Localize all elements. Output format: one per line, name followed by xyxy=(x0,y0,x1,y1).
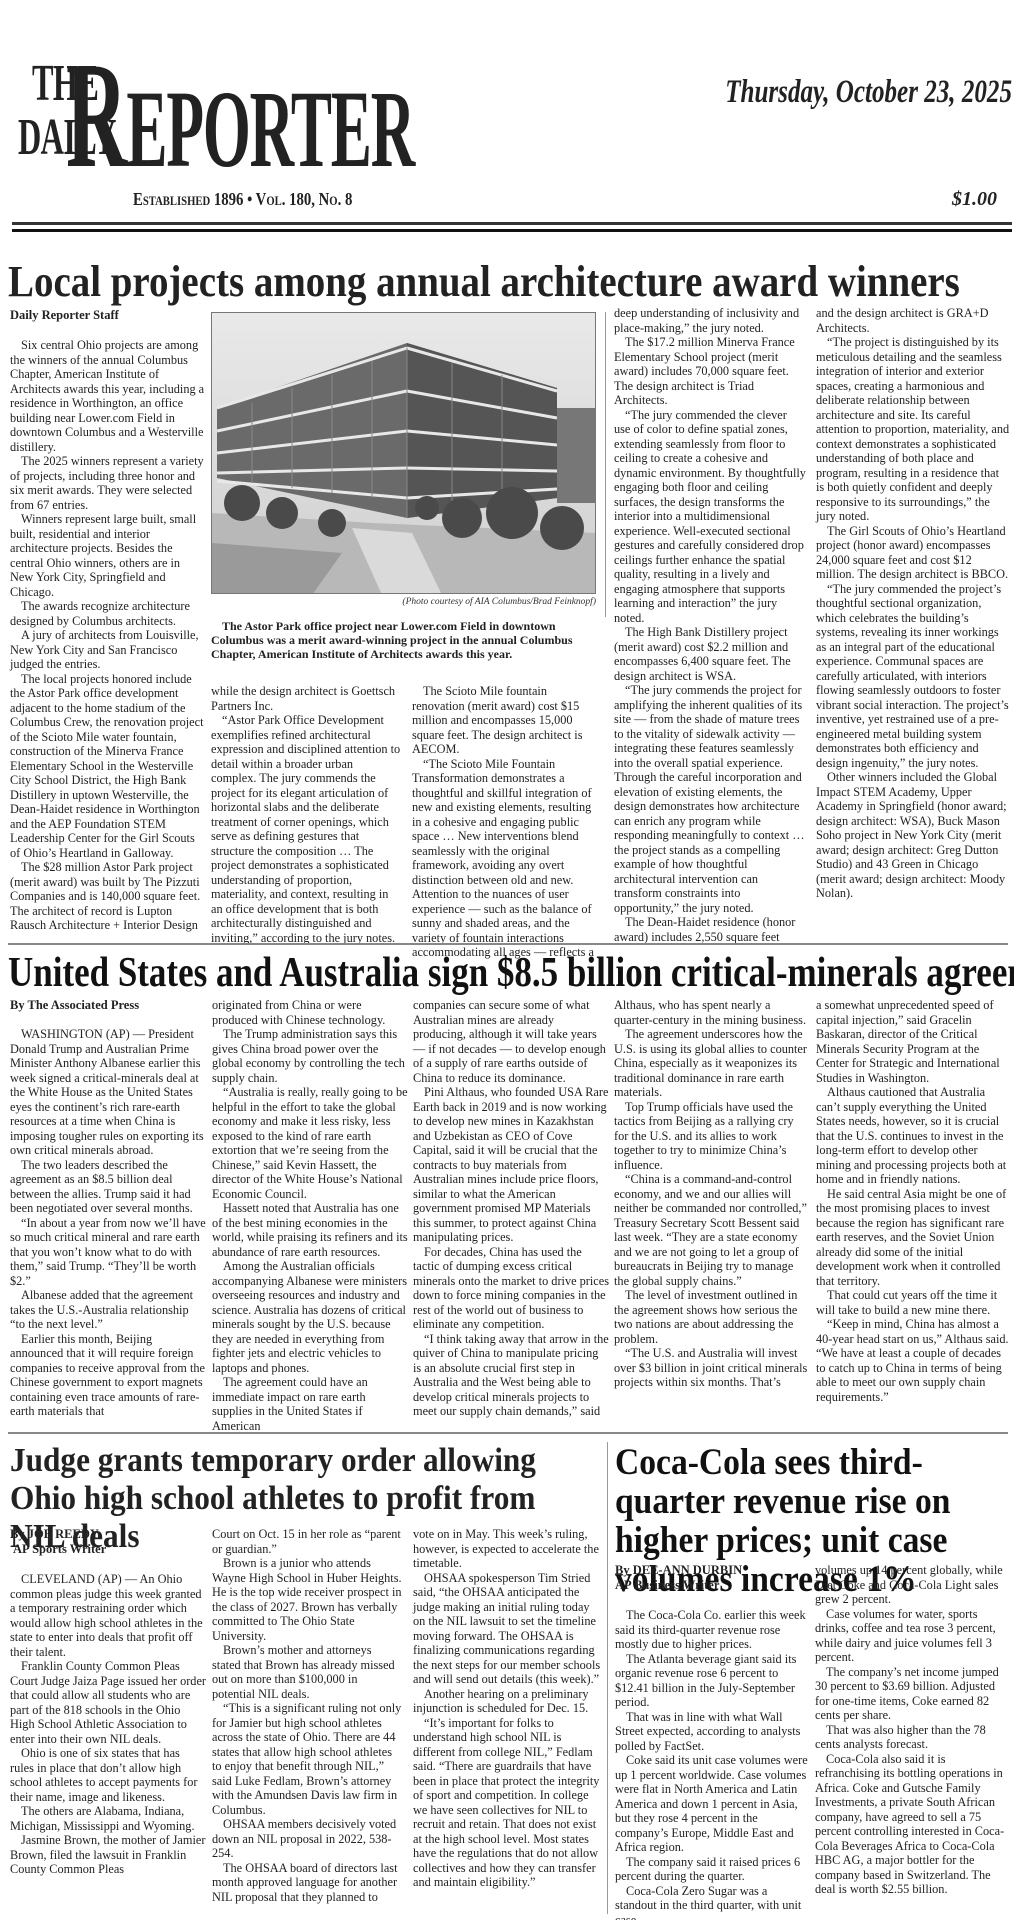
paragraph: Brown is a junior who attends Wayne High… xyxy=(212,1556,402,1643)
paragraph: The agreement underscores how the U.S. i… xyxy=(614,1027,808,1100)
article4-byline-title: AP Business Writer xyxy=(615,1578,809,1593)
paragraph: Brown’s mother and attorneys stated that… xyxy=(212,1643,402,1701)
article2-column-3: companies can secure some of what Austra… xyxy=(413,998,609,1419)
masthead: THE DAILY REPORTER Thursday, October 23,… xyxy=(0,0,1014,235)
paragraph: “Astor Park Office Development exemplifi… xyxy=(211,713,401,945)
section-divider xyxy=(8,943,1008,945)
paragraph: The local projects honored include the A… xyxy=(10,672,206,861)
paragraph: The $28 million Astor Park project (meri… xyxy=(10,860,206,933)
paragraph: a somewhat unprecedented speed of capita… xyxy=(816,998,1012,1085)
paragraph: “Australia is really, really going to be… xyxy=(212,1085,408,1201)
article1-column-3: The Scioto Mile fountain renovation (mer… xyxy=(412,684,602,960)
established-volume: Established 1896 • Vol. 180, No. 8 xyxy=(133,189,352,210)
paragraph: CLEVELAND (AP) — An Ohio common pleas ju… xyxy=(10,1572,206,1659)
article1-column-5: and the design architect is GRA+D Archit… xyxy=(816,306,1010,901)
paragraph: Pini Althaus, who founded USA Rare Earth… xyxy=(413,1085,609,1245)
paragraph: WASHINGTON (AP) — President Donald Trump… xyxy=(10,1027,206,1158)
paragraph: and the design architect is GRA+D Archit… xyxy=(816,306,1010,335)
paragraph: OHSAA members decisively voted down an N… xyxy=(212,1817,402,1861)
paragraph: The High Bank Distillery project (merit … xyxy=(614,625,806,683)
logo-r: R xyxy=(66,31,126,199)
paragraph: “Keep in mind, China has almost a 40-yea… xyxy=(816,1317,1012,1404)
paragraph: The level of investment outlined in the … xyxy=(614,1288,808,1346)
paragraph: The two leaders described the agreement … xyxy=(10,1158,206,1216)
article1-column-2: while the design architect is Goettsch P… xyxy=(211,684,401,945)
article2-column-5: a somewhat unprecedented speed of capita… xyxy=(816,998,1012,1404)
paragraph: Althaus, who has spent nearly a quarter-… xyxy=(614,998,808,1027)
paragraph: “The Scioto Mile Fountain Transformation… xyxy=(412,757,602,960)
paragraph: Ohio is one of six states that has rules… xyxy=(10,1746,206,1804)
paragraph: Jasmine Brown, the mother of Jamier Brow… xyxy=(10,1833,206,1877)
article3-column-1: By JOE REEDY AP Sports Writer CLEVELAND … xyxy=(10,1527,206,1877)
paragraph: Coca-Cola also said it is refranchising … xyxy=(815,1752,1011,1897)
logo-rest: EPORTER xyxy=(126,68,414,190)
paragraph: “I think taking away that arrow in the q… xyxy=(413,1332,609,1419)
paragraph: He said central Asia might be one of the… xyxy=(816,1187,1012,1289)
article3-column-3: vote on in May. This week’s ruling, howe… xyxy=(413,1527,603,1890)
paragraph: “The U.S. and Australia will invest over… xyxy=(614,1346,808,1390)
article1-headline: Local projects among annual architecture… xyxy=(8,258,960,306)
article4-byline-name: By DEE-ANN DURBIN xyxy=(615,1563,809,1578)
paragraph: “It’s important for folks to understand … xyxy=(413,1716,603,1890)
paragraph: companies can secure some of what Austra… xyxy=(413,998,609,1085)
caption-text: The Astor Park office project near Lower… xyxy=(211,619,601,661)
article1-column-1: Daily Reporter Staff Six central Ohio pr… xyxy=(10,308,206,933)
article2-column-4: Althaus, who has spent nearly a quarter-… xyxy=(614,998,808,1390)
paragraph: Coca-Cola Zero Sugar was a standout in t… xyxy=(615,1884,809,1920)
paragraph: Hassett noted that Australia has one of … xyxy=(212,1201,408,1259)
building-photo-icon xyxy=(212,313,596,594)
paragraph: Another hearing on a preliminary injunct… xyxy=(413,1687,603,1716)
paragraph: “The jury commends the project for ampli… xyxy=(614,683,806,915)
column-divider xyxy=(607,1442,608,1914)
paragraph: The $17.2 million Minerva France Element… xyxy=(614,335,806,408)
logo-reporter: REPORTER xyxy=(66,50,414,194)
paragraph: Franklin County Common Pleas Court Judge… xyxy=(10,1659,206,1746)
paragraph: For decades, China has used the tactic o… xyxy=(413,1245,609,1332)
section-divider xyxy=(8,1432,1008,1434)
article3-column-2: Court on Oct. 15 in her role as “parent … xyxy=(212,1527,402,1904)
newspaper-logo: THE DAILY REPORTER xyxy=(18,56,478,176)
paragraph: while the design architect is Goettsch P… xyxy=(211,684,401,713)
paragraph: “China is a command-and-control economy,… xyxy=(614,1172,808,1288)
paragraph: Court on Oct. 15 in her role as “parent … xyxy=(212,1527,402,1556)
paragraph: Althaus cautioned that Australia can’t s… xyxy=(816,1085,1012,1187)
photo-caption: The Astor Park office project near Lower… xyxy=(211,619,601,661)
article2-headline: United States and Australia sign $8.5 bi… xyxy=(8,950,1014,996)
paragraph: “This is a significant ruling not only f… xyxy=(212,1701,402,1817)
article3-byline-name: By JOE REEDY xyxy=(10,1527,206,1542)
paragraph: That was also higher than the 78 cents a… xyxy=(815,1723,1011,1752)
paragraph: Albanese added that the agreement takes … xyxy=(10,1288,206,1332)
column-divider xyxy=(605,312,606,617)
paragraph: volumes up 14 percent globally, while Di… xyxy=(815,1563,1011,1607)
paragraph: Among the Australian officials accompany… xyxy=(212,1259,408,1375)
article2-column-2: originated from China or were produced w… xyxy=(212,998,408,1433)
paragraph: The Scioto Mile fountain renovation (mer… xyxy=(412,684,602,757)
paragraph: The Atlanta beverage giant said its orga… xyxy=(615,1652,809,1710)
paragraph: The OHSAA board of directors last month … xyxy=(212,1861,402,1905)
paragraph: “In about a year from now we’ll have so … xyxy=(10,1216,206,1289)
paragraph: The awards recognize architecture design… xyxy=(10,599,206,628)
paragraph: Earlier this month, Beijing announced th… xyxy=(10,1332,206,1419)
paragraph: The Trump administration says this gives… xyxy=(212,1027,408,1085)
article2-column-1: By The Associated Press WASHINGTON (AP) … xyxy=(10,998,206,1419)
paragraph: Top Trump officials have used the tactic… xyxy=(614,1100,808,1173)
paragraph: originated from China or were produced w… xyxy=(212,998,408,1027)
paragraph: OHSAA spokesperson Tim Stried said, “the… xyxy=(413,1571,603,1687)
paragraph: “The jury commended the project’s though… xyxy=(816,582,1010,771)
paragraph: The 2025 winners represent a variety of … xyxy=(10,454,206,512)
paragraph: “The jury commended the clever use of co… xyxy=(614,408,806,626)
article2-byline: By The Associated Press xyxy=(10,998,206,1013)
paragraph: Case volumes for water, sports drinks, c… xyxy=(815,1607,1011,1665)
article3-byline-title: AP Sports Writer xyxy=(10,1542,206,1557)
paragraph: That could cut years off the time it wil… xyxy=(816,1288,1012,1317)
article1-byline: Daily Reporter Staff xyxy=(10,308,206,323)
article1-photo xyxy=(211,312,596,594)
paragraph: Six central Ohio projects are among the … xyxy=(10,338,206,454)
paragraph: “The project is distinguished by its met… xyxy=(816,335,1010,524)
article1-column-4: deep understanding of inclusivity and pl… xyxy=(614,306,806,944)
issue-price: $1.00 xyxy=(952,188,997,211)
paragraph: The Dean-Haidet residence (honor award) … xyxy=(614,915,806,944)
paragraph: deep understanding of inclusivity and pl… xyxy=(614,306,806,335)
paragraph: That was in line with what Wall Street e… xyxy=(615,1710,809,1754)
issue-date: Thursday, October 23, 2025 xyxy=(586,74,1012,111)
paragraph: Coke said its unit case volumes were up … xyxy=(615,1753,809,1855)
paragraph: The agreement could have an immediate im… xyxy=(212,1375,408,1433)
paragraph: A jury of architects from Louisville, Ne… xyxy=(10,628,206,672)
paragraph: The others are Alabama, Indiana, Michiga… xyxy=(10,1804,206,1833)
paragraph: The Girl Scouts of Ohio’s Heartland proj… xyxy=(816,524,1010,582)
masthead-rule xyxy=(12,222,1012,232)
paragraph: vote on in May. This week’s ruling, howe… xyxy=(413,1527,603,1571)
paragraph: The company said it raised prices 6 perc… xyxy=(615,1855,809,1884)
paragraph: The company’s net income jumped 30 perce… xyxy=(815,1665,1011,1723)
article4-column-1: By DEE-ANN DURBIN AP Business Writer The… xyxy=(615,1563,809,1920)
paragraph: Winners represent large built, small bui… xyxy=(10,512,206,599)
article4-column-2: volumes up 14 percent globally, while Di… xyxy=(815,1563,1011,1897)
photo-credit: (Photo courtesy of AIA Columbus/Brad Fei… xyxy=(211,597,596,607)
paragraph: Other winners included the Global Impact… xyxy=(816,770,1010,901)
paragraph: The Coca-Cola Co. earlier this week said… xyxy=(615,1608,809,1652)
